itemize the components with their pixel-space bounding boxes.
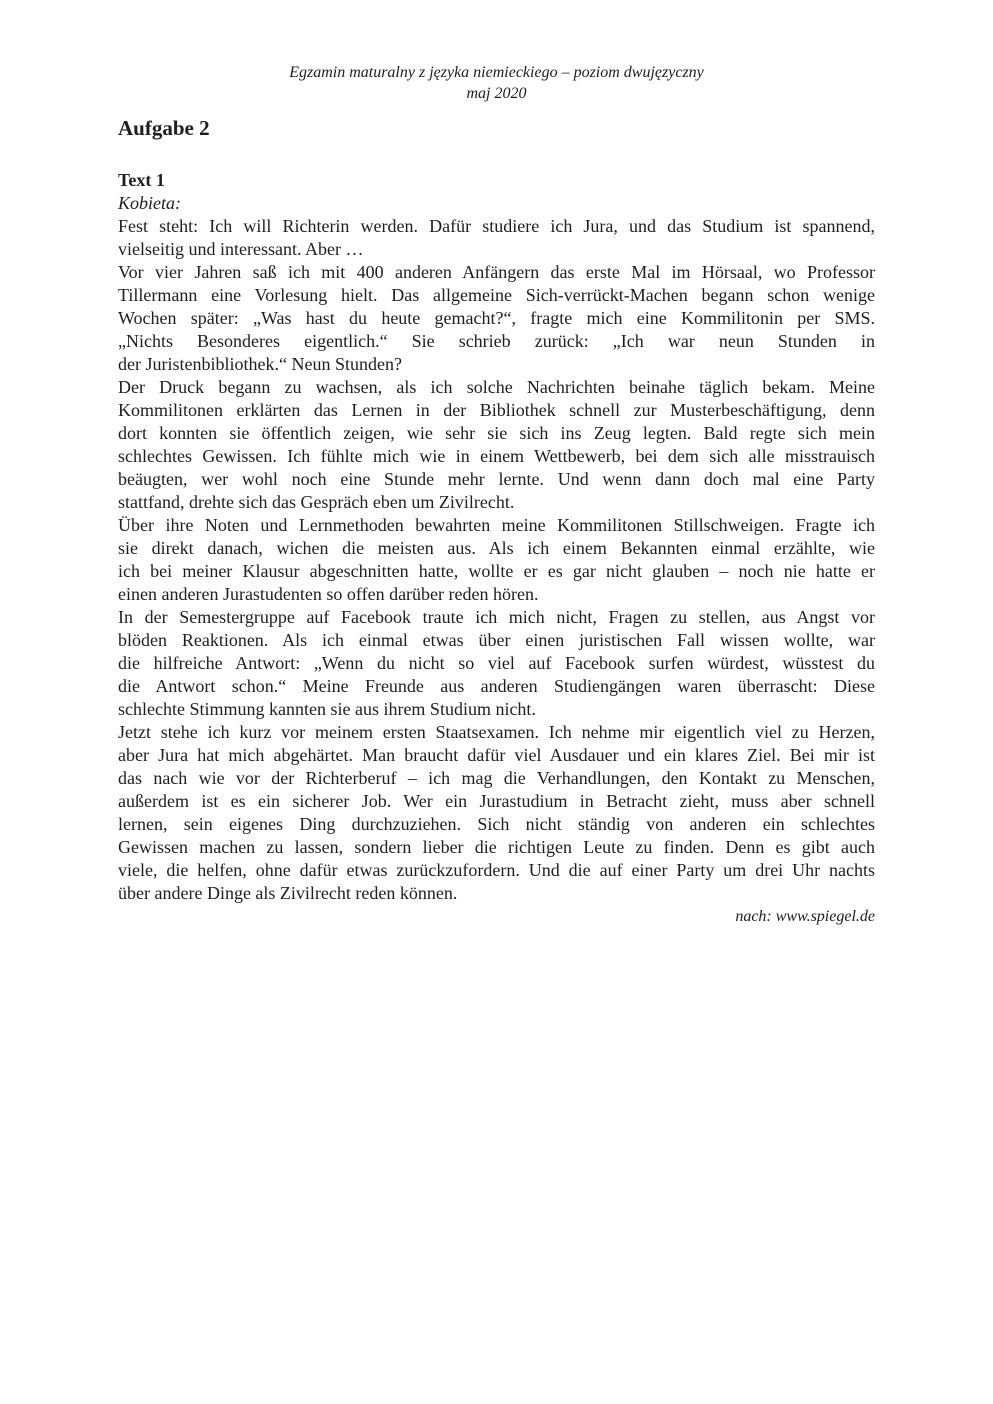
text-line: vielseitig und interessant. Aber … [118, 238, 875, 261]
text-line: Jetzt stehe ich kurz vor meinem ersten S… [118, 721, 875, 744]
text-line: „Nichts Besonderes eigentlich.“ Sie schr… [118, 330, 875, 353]
text-line: aber Jura hat mich abgehärtet. Man brauc… [118, 744, 875, 767]
paragraph: Jetzt stehe ich kurz vor meinem ersten S… [118, 721, 875, 905]
text-label: Text 1 [118, 169, 165, 192]
text-line: beäugten, wer wohl noch eine Stunde mehr… [118, 468, 875, 491]
content-area: Aufgabe 2 Text 1 Kobieta: Fest steht: Ic… [118, 0, 875, 1404]
paragraph: In der Semestergruppe auf Facebook traut… [118, 606, 875, 721]
text-line: schlechtes Gewissen. Ich fühlte mich wie… [118, 445, 875, 468]
text-line: über andere Dinge als Zivilrecht reden k… [118, 882, 875, 905]
paragraph: Über ihre Noten und Lernmethoden bewahrt… [118, 514, 875, 606]
speaker-label: Kobieta: [118, 192, 181, 215]
text-line: außerdem ist es ein sicherer Job. Wer ei… [118, 790, 875, 813]
text-line: stattfand, drehte sich das Gespräch eben… [118, 491, 875, 514]
text-line: Kommilitonen erklärten das Lernen in der… [118, 399, 875, 422]
text-line: sie direkt danach, wichen die meisten au… [118, 537, 875, 560]
text-line: dort konnten sie öffentlich zeigen, wie … [118, 422, 875, 445]
text-line: einen anderen Jurastudenten so offen dar… [118, 583, 875, 606]
text-line: der Juristenbibliothek.“ Neun Stunden? [118, 353, 875, 376]
exam-page: Egzamin maturalny z języka niemieckiego … [0, 0, 993, 1404]
text-line: Vor vier Jahren saß ich mit 400 anderen … [118, 261, 875, 284]
text-line: Tillermann eine Vorlesung hielt. Das all… [118, 284, 875, 307]
source-credit: nach: www.spiegel.de [118, 905, 875, 928]
text-line: viele, die helfen, ohne dafür etwas zurü… [118, 859, 875, 882]
paragraph: Fest steht: Ich will Richterin werden. D… [118, 215, 875, 261]
task-heading: Aufgabe 2 [118, 115, 210, 141]
text-line: Der Druck begann zu wachsen, als ich sol… [118, 376, 875, 399]
text-line: blöden Reaktionen. Als ich einmal etwas … [118, 629, 875, 652]
paragraph: Der Druck begann zu wachsen, als ich sol… [118, 376, 875, 514]
text-line: das nach wie vor der Richterberuf – ich … [118, 767, 875, 790]
text-line: lernen, sein eigenes Ding durchzuziehen.… [118, 813, 875, 836]
text-line: Fest steht: Ich will Richterin werden. D… [118, 215, 875, 238]
text-body: Fest steht: Ich will Richterin werden. D… [118, 215, 875, 905]
text-line: schlechte Stimmung kannten sie aus ihrem… [118, 698, 875, 721]
paragraph: Vor vier Jahren saß ich mit 400 anderen … [118, 261, 875, 376]
text-line: Über ihre Noten und Lernmethoden bewahrt… [118, 514, 875, 537]
text-line: ich bei meiner Klausur abgeschnitten hat… [118, 560, 875, 583]
text-line: Wochen später: „Was hast du heute gemach… [118, 307, 875, 330]
text-line: Gewissen machen zu lassen, sondern liebe… [118, 836, 875, 859]
text-line: die hilfreiche Antwort: „Wenn du nicht s… [118, 652, 875, 675]
text-line: In der Semestergruppe auf Facebook traut… [118, 606, 875, 629]
text-line: die Antwort schon.“ Meine Freunde aus an… [118, 675, 875, 698]
